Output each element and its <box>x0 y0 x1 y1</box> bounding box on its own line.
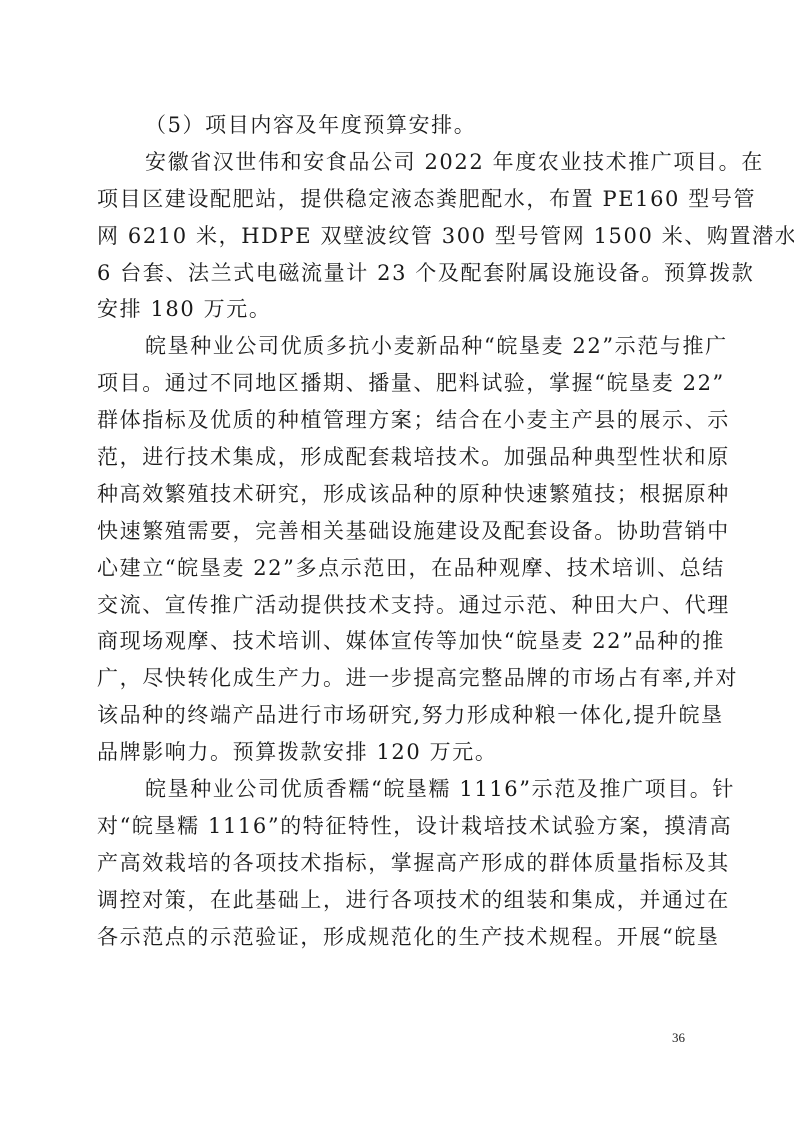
text-line: 心建立“皖垦麦 22”多点示范田，在品种观摩、技术培训、总结 <box>97 550 697 587</box>
heading-line: （5）项目内容及年度预算安排。 <box>97 107 697 144</box>
text-line: 快速繁殖需要，完善相关基础设施建设及配套设备。协助营销中 <box>97 513 697 550</box>
paragraph-hanshi-weihe-project: 安徽省汉世伟和安食品公司 2022 年度农业技术推广项目。在 项目区建设配肥站，… <box>97 144 697 328</box>
text-line: 皖垦种业公司优质香糯“皖垦糯 1116”示范及推广项目。针 <box>97 771 697 808</box>
text-line: 项目。通过不同地区播期、播量、肥料试验，掌握“皖垦麦 22” <box>97 365 697 402</box>
text-line: 商现场观摩、技术培训、媒体宣传等加快“皖垦麦 22”品种的推 <box>97 623 697 660</box>
text-line: 该品种的终端产品进行市场研究,努力形成种粮一体化,提升皖垦 <box>97 697 697 734</box>
document-page: （5）项目内容及年度预算安排。 安徽省汉世伟和安食品公司 2022 年度农业技术… <box>0 0 794 1122</box>
text-line: 群体指标及优质的种植管理方案；结合在小麦主产县的展示、示 <box>97 402 697 439</box>
text-line: 品牌影响力。预算拨款安排 120 万元。 <box>97 734 697 771</box>
text-line: 种高效繁殖技术研究，形成该品种的原种快速繁殖技；根据原种 <box>97 476 697 513</box>
text-line: 安徽省汉世伟和安食品公司 2022 年度农业技术推广项目。在 <box>97 144 697 181</box>
section-heading: （5）项目内容及年度预算安排。 <box>97 107 697 144</box>
text-line: 各示范点的示范验证，形成规范化的生产技术规程。开展“皖垦 <box>97 919 697 956</box>
text-line: 网 6210 米，HDPE 双壁波纹管 300 型号管网 1500 米、购置潜水… <box>97 218 697 255</box>
paragraph-wankennuo1116-project: 皖垦种业公司优质香糯“皖垦糯 1116”示范及推广项目。针 对“皖垦糯 1116… <box>97 771 697 955</box>
text-line: 6 台套、法兰式电磁流量计 23 个及配套附属设施设备。预算拨款 <box>97 255 697 292</box>
text-line: 项目区建设配肥站，提供稳定液态粪肥配水，布置 PE160 型号管 <box>97 181 697 218</box>
page-number: 36 <box>672 1030 685 1046</box>
text-line: 范，进行技术集成，形成配套栽培技术。加强品种典型性状和原 <box>97 439 697 476</box>
text-line: 调控对策，在此基础上，进行各项技术的组装和集成，并通过在 <box>97 882 697 919</box>
text-line: 产高效栽培的各项技术指标，掌握高产形成的群体质量指标及其 <box>97 845 697 882</box>
text-line: 交流、宣传推广活动提供技术支持。通过示范、种田大户、代理 <box>97 587 697 624</box>
text-line: 安排 180 万元。 <box>97 291 697 328</box>
text-line: 对“皖垦糯 1116”的特征特性，设计栽培技术试验方案，摸清高 <box>97 808 697 845</box>
text-line: 广，尽快转化成生产力。进一步提高完整品牌的市场占有率,并对 <box>97 660 697 697</box>
text-line: 皖垦种业公司优质多抗小麦新品种“皖垦麦 22”示范与推广 <box>97 328 697 365</box>
paragraph-wankenmai22-project: 皖垦种业公司优质多抗小麦新品种“皖垦麦 22”示范与推广 项目。通过不同地区播期… <box>97 328 697 771</box>
document-body: （5）项目内容及年度预算安排。 安徽省汉世伟和安食品公司 2022 年度农业技术… <box>97 107 697 955</box>
